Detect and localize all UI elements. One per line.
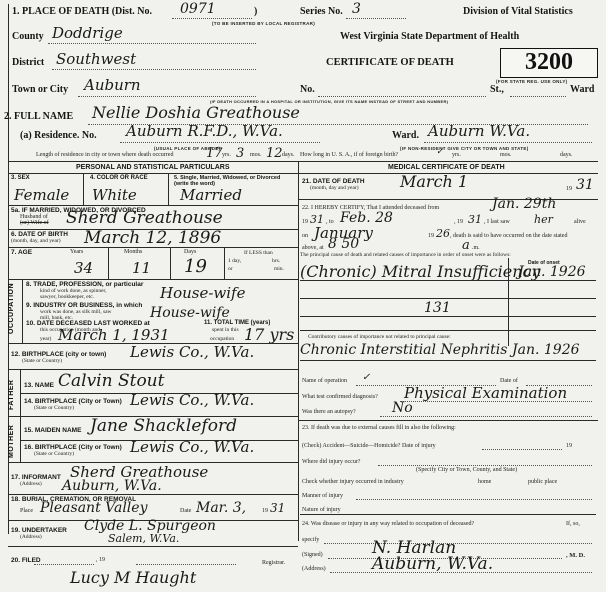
principal-cause-value: (Chronic) Mitral Insufficiency (300, 262, 541, 281)
department-title: West Virginia State Department of Health (340, 31, 519, 42)
full-name-label: 2. FULL NAME (4, 111, 73, 122)
undertaker-address-value: Salem, W.Va. (108, 532, 179, 545)
district-value: Southwest (56, 50, 136, 68)
age-years: 34 (74, 259, 93, 277)
series-label: Series No. (300, 6, 343, 17)
last-worked-value: March 1, 1931 (58, 326, 170, 344)
birthplace-value: Lewis Co., W.Va. (130, 343, 254, 361)
certificate-number: 3200 (500, 48, 598, 78)
certificate-title: CERTIFICATE OF DEATH (326, 57, 454, 68)
cause-code: 131 (424, 300, 451, 316)
principal-onset-value: Jan. 1926 (518, 264, 586, 280)
age-days: 19 (184, 256, 207, 277)
usa-mark: ✓ (436, 147, 444, 157)
nonresident-note: (IF NON-RESIDENT GIVE CITY OR TOWN AND S… (400, 146, 529, 151)
dob-value: March 12, 1896 (84, 228, 221, 248)
town-value: Auburn (84, 76, 141, 94)
contributory-cause-value: Chronic Interstitial Nephritis (300, 342, 507, 358)
autopsy-value: No (392, 400, 413, 416)
occupation-side-label: OCCUPATION (8, 283, 15, 334)
division-title: Division of Vital Statistics (463, 6, 573, 17)
district-label: District (12, 57, 44, 68)
father-name-value: Calvin Stout (58, 371, 164, 391)
industry-value: House-wife (150, 305, 230, 321)
place-of-death-label: 1. PLACE OF DEATH (Dist. No. (12, 6, 152, 17)
dist-no: 0971 (180, 1, 216, 17)
father-birthplace-value: Lewis Co., W.Va. (130, 391, 254, 409)
age-months: 11 (132, 259, 151, 277)
st-label: St., (490, 84, 504, 95)
burial-year-value: 31 (270, 501, 285, 515)
series-no: 3 (352, 1, 361, 17)
no-label: No. (300, 84, 315, 95)
usa-label: How long in U. S. A., if of foreign birt… (300, 152, 398, 158)
column-divider (298, 161, 299, 541)
length-residence-label: Length of residence in city or town wher… (36, 152, 173, 158)
mother-maiden-value: Jane Shackleford (90, 416, 237, 436)
last-saw-pronoun: her (534, 213, 553, 226)
contributory-onset-value: Jan. 1926 (512, 342, 580, 358)
marital-value: Married (180, 186, 242, 204)
mother-birthplace-value: Lewis Co., W.Va. (130, 438, 254, 456)
residence-value: Auburn R.F.D., W.Va. (126, 122, 283, 140)
sex-value: Female (14, 186, 69, 204)
medical-section-title: MEDICAL CERTIFICATE OF DEATH (388, 164, 505, 171)
ward-value: Auburn W.Va. (428, 122, 530, 140)
trade-value: House-wife (160, 284, 245, 302)
test-value: Physical Examination (404, 384, 567, 402)
total-time-value: 17 yrs (244, 325, 294, 344)
ward-label: Ward (570, 84, 594, 95)
spouse-value: Sherd Greathouse (66, 208, 223, 228)
length-mos: 3 (236, 146, 244, 161)
mother-side-label: MOTHER (8, 425, 15, 458)
informant-address-value: Auburn, W.Va. (62, 478, 162, 494)
ampm-value: a (462, 238, 470, 253)
father-side-label: FATHER (8, 380, 15, 410)
physician-address: Auburn, W.Va. (372, 554, 493, 574)
dod-year: 31 (576, 177, 594, 193)
length-days: 12 (266, 146, 283, 161)
burial-date-value: Mar. 3, (196, 500, 246, 516)
dod-value: March 1 (400, 172, 468, 191)
county-label: County (12, 31, 44, 42)
registrar-signature: Lucy M Haught (70, 568, 196, 587)
residence-label: (a) Residence. No. (20, 130, 97, 141)
race-value: White (92, 186, 137, 204)
burial-place-value: Pleasant Valley (40, 500, 147, 516)
town-label: Town or City (12, 84, 68, 95)
local-registrar-note: (TO BE INSERTED BY LOCAL REGISTRAR) (212, 21, 315, 26)
time-value: 8 50 (328, 236, 359, 252)
length-yrs: 17 (206, 146, 223, 161)
state-use-note: (FOR STATE REG. USE ONLY) (496, 79, 567, 84)
personal-section-title: PERSONAL AND STATISTICAL PARTICULARS (76, 164, 229, 171)
county-value: Doddrige (52, 24, 123, 42)
death-certificate: 1. PLACE OF DEATH (Dist. No. 0971 ) (TO … (0, 0, 606, 592)
ward-label-residence: Ward. (392, 130, 419, 141)
full-name-value: Nellie Doshia Greathouse (92, 103, 300, 122)
attended-from-value: Jan. 29th (492, 196, 556, 212)
